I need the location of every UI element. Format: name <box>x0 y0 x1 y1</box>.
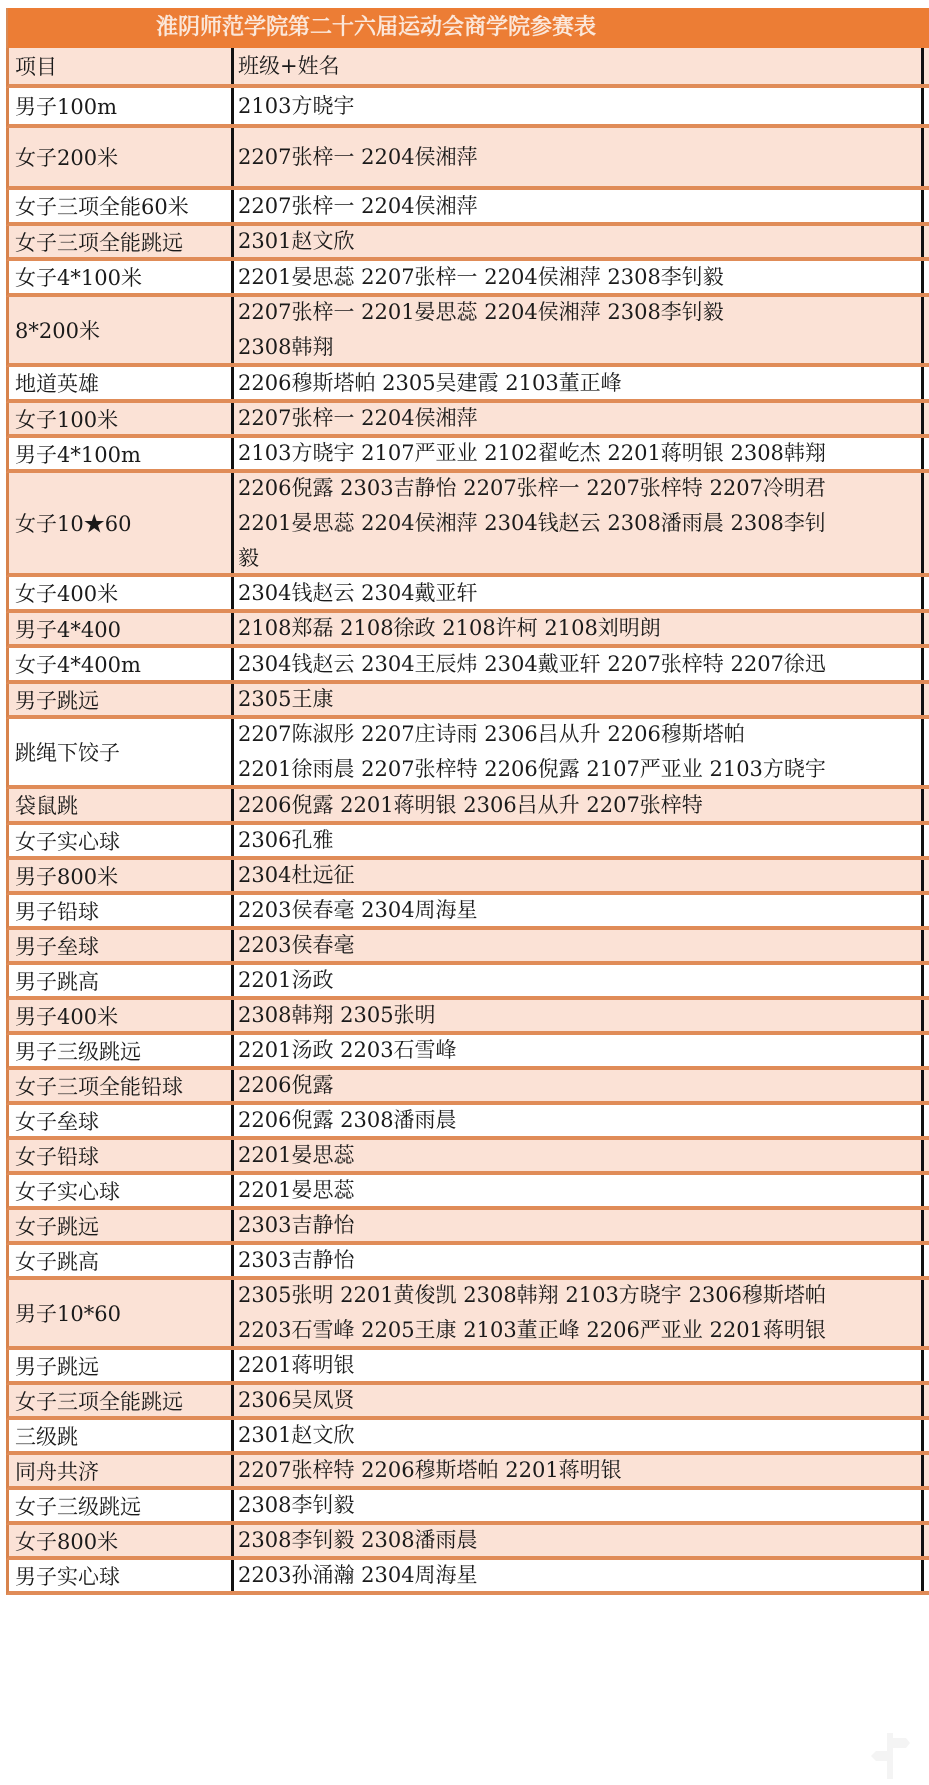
participants-cell: 2303吉静怡 <box>234 1210 924 1241</box>
table-row: 跳绳下饺子2207陈淑彤 2207庄诗雨 2306吕从升 2206穆斯塔帕220… <box>6 719 929 789</box>
participants-line: 2308李钊毅 <box>238 1488 921 1523</box>
participants-line: 2306吴凤贤 <box>238 1383 921 1418</box>
table-row: 袋鼠跳2206倪露 2201蒋明银 2306吕从升 2207张梓特 <box>6 789 929 825</box>
participants-cell: 2201晏思蕊 <box>234 1140 924 1171</box>
table-row: 女子4*100米2201晏思蕊 2207张梓一 2204侯湘萍 2308李钊毅 <box>6 261 929 297</box>
event-cell: 男子三级跳远 <box>9 1035 234 1066</box>
participants-cell: 2306吴凤贤 <box>234 1385 924 1416</box>
table-row: 男子100m2103方晓宇 <box>6 88 929 128</box>
participants-line: 2203石雪峰 2205王康 2103董正峰 2206严亚业 2201蒋明银 <box>238 1313 921 1348</box>
participants-line: 2207张梓一 2201晏思蕊 2204侯湘萍 2308李钊毅 <box>238 295 921 330</box>
participants-line: 2306孔雅 <box>238 823 921 858</box>
participants-cell: 2206穆斯塔帕 2305吴建霞 2103董正峰 <box>234 367 924 399</box>
table-row: 女子100米2207张梓一 2204侯湘萍 <box>6 403 929 438</box>
event-cell: 跳绳下饺子 <box>9 719 234 785</box>
event-cell: 女子200米 <box>9 128 234 186</box>
event-cell: 男子4*100m <box>9 438 234 469</box>
participants-line: 2308韩翔 <box>238 330 921 365</box>
table-row: 男子4*4002108郑磊 2108徐政 2108许柯 2108刘明朗 <box>6 613 929 648</box>
header-row: 项目 班级+姓名 <box>6 48 929 88</box>
table-row: 女子实心球2306孔雅 <box>6 825 929 860</box>
participants-line: 2304钱赵云 2304戴亚轩 <box>238 576 921 611</box>
participants-line: 2103方晓宇 <box>238 89 921 124</box>
participants-line: 2206倪露 2303吉静怡 2207张梓一 2207张梓特 2207冷明君 <box>238 471 921 506</box>
event-cell: 三级跳 <box>9 1420 234 1451</box>
participants-line: 2201汤政 2203石雪峰 <box>238 1033 921 1068</box>
table-row: 男子三级跳远2201汤政 2203石雪峰 <box>6 1035 929 1070</box>
participants-line: 2203孙涌瀚 2304周海星 <box>238 1558 921 1593</box>
table-row: 男子跳高2201汤政 <box>6 965 929 1000</box>
event-cell: 地道英雄 <box>9 367 234 399</box>
table-row: 女子垒球2206倪露 2308潘雨晨 <box>6 1105 929 1140</box>
participants-line: 2308韩翔 2305张明 <box>238 998 921 1033</box>
participants-line: 2201徐雨晨 2207张梓特 2206倪露 2107严亚业 2103方晓宇 <box>238 752 921 787</box>
event-cell: 同舟共济 <box>9 1455 234 1486</box>
participants-cell: 2207张梓一 2204侯湘萍 <box>234 190 924 222</box>
participants-line: 2201蒋明银 <box>238 1348 921 1383</box>
participants-cell: 2305张明 2201黄俊凯 2308韩翔 2103方晓宇 2306穆斯塔帕22… <box>234 1280 924 1346</box>
participants-cell: 2305王康 <box>234 684 924 715</box>
table-row: 女子800米2308李钊毅 2308潘雨晨 <box>6 1525 929 1560</box>
participants-cell: 2201晏思蕊 2207张梓一 2204侯湘萍 2308李钊毅 <box>234 261 924 293</box>
table-row: 女子跳高2303吉静怡 <box>6 1245 929 1280</box>
participants-cell: 2308李钊毅 <box>234 1490 924 1521</box>
participants-line: 2203侯春毫 <box>238 928 921 963</box>
participants-cell: 2206倪露 2308潘雨晨 <box>234 1105 924 1136</box>
participants-cell: 2201蒋明银 <box>234 1350 924 1381</box>
participants-line: 2201汤政 <box>238 963 921 998</box>
header-names: 班级+姓名 <box>234 48 924 84</box>
participants-line: 2305张明 2201黄俊凯 2308韩翔 2103方晓宇 2306穆斯塔帕 <box>238 1278 921 1313</box>
event-cell: 女子4*100米 <box>9 261 234 293</box>
participants-cell: 2201汤政 <box>234 965 924 996</box>
participants-line: 2301赵文欣 <box>238 224 921 259</box>
participants-cell: 2304钱赵云 2304戴亚轩 <box>234 577 924 609</box>
participants-cell: 2108郑磊 2108徐政 2108许柯 2108刘明朗 <box>234 613 924 644</box>
event-cell: 男子跳远 <box>9 684 234 715</box>
participants-cell: 2303吉静怡 <box>234 1245 924 1276</box>
participants-cell: 2306孔雅 <box>234 825 924 856</box>
event-cell: 男子跳高 <box>9 965 234 996</box>
participants-cell: 2203孙涌瀚 2304周海星 <box>234 1560 924 1591</box>
table-row: 地道英雄2206穆斯塔帕 2305吴建霞 2103董正峰 <box>6 367 929 403</box>
table-body: 男子100m2103方晓宇女子200米2207张梓一 2204侯湘萍女子三项全能… <box>6 88 929 1595</box>
table-row: 三级跳2301赵文欣 <box>6 1420 929 1455</box>
participants-line: 2201晏思蕊 2204侯湘萍 2304钱赵云 2308潘雨晨 2308李钊 <box>238 506 921 541</box>
participants-line: 2207张梓一 2204侯湘萍 <box>238 140 921 175</box>
event-cell: 男子跳远 <box>9 1350 234 1381</box>
participants-cell: 2201汤政 2203石雪峰 <box>234 1035 924 1066</box>
participants-cell: 2207张梓特 2206穆斯塔帕 2201蒋明银 <box>234 1455 924 1486</box>
event-cell: 袋鼠跳 <box>9 789 234 821</box>
participants-line: 2308李钊毅 2308潘雨晨 <box>238 1523 921 1558</box>
event-cell: 男子垒球 <box>9 930 234 961</box>
event-cell: 男子铅球 <box>9 895 234 926</box>
participants-cell: 2206倪露 2303吉静怡 2207张梓一 2207张梓特 2207冷明君22… <box>234 473 924 573</box>
table-row: 女子铅球2201晏思蕊 <box>6 1140 929 1175</box>
event-cell: 男子800米 <box>9 860 234 891</box>
table-row: 女子200米2207张梓一 2204侯湘萍 <box>6 128 929 190</box>
event-cell: 女子跳远 <box>9 1210 234 1241</box>
participants-cell: 2207陈淑彤 2207庄诗雨 2306吕从升 2206穆斯塔帕2201徐雨晨 … <box>234 719 924 785</box>
event-cell: 女子三项全能铅球 <box>9 1070 234 1101</box>
table-row: 男子垒球2203侯春毫 <box>6 930 929 965</box>
event-cell: 女子三项全能跳远 <box>9 1385 234 1416</box>
event-cell: 女子跳高 <box>9 1245 234 1276</box>
table-row: 女子三项全能铅球2206倪露 <box>6 1070 929 1105</box>
participants-cell: 2308韩翔 2305张明 <box>234 1000 924 1031</box>
event-cell: 男子100m <box>9 88 234 124</box>
table-row: 女子跳远2303吉静怡 <box>6 1210 929 1245</box>
participants-line: 2207张梓特 2206穆斯塔帕 2201蒋明银 <box>238 1453 921 1488</box>
event-cell: 女子三项全能跳远 <box>9 226 234 257</box>
participants-line: 2303吉静怡 <box>238 1208 921 1243</box>
table-row: 男子10*602305张明 2201黄俊凯 2308韩翔 2103方晓宇 230… <box>6 1280 929 1350</box>
participants-line: 2206倪露 2201蒋明银 2306吕从升 2207张梓特 <box>238 788 921 823</box>
participants-line: 2201晏思蕊 <box>238 1138 921 1173</box>
header-event: 项目 <box>9 48 234 84</box>
table-row: 同舟共济2207张梓特 2206穆斯塔帕 2201蒋明银 <box>6 1455 929 1490</box>
participants-cell: 2203侯春毫 2304周海星 <box>234 895 924 926</box>
event-cell: 女子10★60 <box>9 473 234 573</box>
participants-line: 2207陈淑彤 2207庄诗雨 2306吕从升 2206穆斯塔帕 <box>238 717 921 752</box>
table-row: 男子实心球2203孙涌瀚 2304周海星 <box>6 1560 929 1595</box>
participants-line: 2207张梓一 2204侯湘萍 <box>238 401 921 436</box>
table-row: 8*200米2207张梓一 2201晏思蕊 2204侯湘萍 2308李钊毅230… <box>6 297 929 367</box>
participants-line: 2303吉静怡 <box>238 1243 921 1278</box>
participants-cell: 2203侯春毫 <box>234 930 924 961</box>
table-row: 男子800米2304杜远征 <box>6 860 929 895</box>
table-row: 女子三项全能跳远2301赵文欣 <box>6 226 929 261</box>
event-cell: 女子铅球 <box>9 1140 234 1171</box>
participants-cell: 2103方晓宇 <box>234 88 924 124</box>
event-cell: 男子4*400 <box>9 613 234 644</box>
table-row: 男子跳远2201蒋明银 <box>6 1350 929 1385</box>
participants-cell: 2207张梓一 2204侯湘萍 <box>234 403 924 434</box>
event-cell: 女子实心球 <box>9 825 234 856</box>
participants-cell: 2301赵文欣 <box>234 226 924 257</box>
table-row: 男子400米2308韩翔 2305张明 <box>6 1000 929 1035</box>
table-row: 女子三项全能60米2207张梓一 2204侯湘萍 <box>6 190 929 226</box>
entry-table: 淮阴师范学院第二十六届运动会商学院参赛表 项目 班级+姓名 男子100m2103… <box>6 8 929 1595</box>
event-cell: 男子10*60 <box>9 1280 234 1346</box>
event-cell: 女子实心球 <box>9 1175 234 1206</box>
event-cell: 女子400米 <box>9 577 234 609</box>
signpost-icon[interactable] <box>870 1733 910 1779</box>
participants-line: 2301赵文欣 <box>238 1418 921 1453</box>
event-cell: 8*200米 <box>9 297 234 363</box>
table-row: 女子10★602206倪露 2303吉静怡 2207张梓一 2207张梓特 22… <box>6 473 929 577</box>
participants-cell: 2304杜远征 <box>234 860 924 891</box>
participants-cell: 2301赵文欣 <box>234 1420 924 1451</box>
participants-line: 2203侯春毫 2304周海星 <box>238 893 921 928</box>
participants-line: 2103方晓宇 2107严亚业 2102翟屹杰 2201蒋明银 2308韩翔 <box>238 436 921 471</box>
table-row: 男子跳远2305王康 <box>6 684 929 719</box>
participants-cell: 2206倪露 <box>234 1070 924 1101</box>
table-row: 女子400米2304钱赵云 2304戴亚轩 <box>6 577 929 613</box>
participants-line: 2201晏思蕊 2207张梓一 2204侯湘萍 2308李钊毅 <box>238 260 921 295</box>
participants-cell: 2304钱赵云 2304王辰炜 2304戴亚轩 2207张梓特 2207徐迅 <box>234 648 924 680</box>
table-title: 淮阴师范学院第二十六届运动会商学院参赛表 <box>6 8 929 48</box>
participants-line: 2207张梓一 2204侯湘萍 <box>238 189 921 224</box>
event-cell: 男子实心球 <box>9 1560 234 1591</box>
table-row: 女子三级跳远2308李钊毅 <box>6 1490 929 1525</box>
table-row: 女子4*400m2304钱赵云 2304王辰炜 2304戴亚轩 2207张梓特 … <box>6 648 929 684</box>
participants-cell: 2201晏思蕊 <box>234 1175 924 1206</box>
event-cell: 女子三项全能60米 <box>9 190 234 222</box>
participants-line: 2108郑磊 2108徐政 2108许柯 2108刘明朗 <box>238 611 921 646</box>
participants-line: 2305王康 <box>238 682 921 717</box>
table-row: 男子4*100m2103方晓宇 2107严亚业 2102翟屹杰 2201蒋明银 … <box>6 438 929 473</box>
table-row: 女子实心球2201晏思蕊 <box>6 1175 929 1210</box>
participants-line: 2304杜远征 <box>238 858 921 893</box>
participants-cell: 2206倪露 2201蒋明银 2306吕从升 2207张梓特 <box>234 789 924 821</box>
event-cell: 女子三级跳远 <box>9 1490 234 1521</box>
participants-cell: 2207张梓一 2201晏思蕊 2204侯湘萍 2308李钊毅2308韩翔 <box>234 297 924 363</box>
participants-line: 毅 <box>238 541 921 576</box>
participants-cell: 2308李钊毅 2308潘雨晨 <box>234 1525 924 1556</box>
table-row: 女子三项全能跳远2306吴凤贤 <box>6 1385 929 1420</box>
participants-line: 2304钱赵云 2304王辰炜 2304戴亚轩 2207张梓特 2207徐迅 <box>238 647 921 682</box>
event-cell: 女子800米 <box>9 1525 234 1556</box>
event-cell: 女子垒球 <box>9 1105 234 1136</box>
participants-line: 2206倪露 2308潘雨晨 <box>238 1103 921 1138</box>
participants-line: 2206倪露 <box>238 1068 921 1103</box>
table-row: 男子铅球2203侯春毫 2304周海星 <box>6 895 929 930</box>
participants-line: 2201晏思蕊 <box>238 1173 921 1208</box>
event-cell: 男子400米 <box>9 1000 234 1031</box>
event-cell: 女子4*400m <box>9 648 234 680</box>
participants-line: 2206穆斯塔帕 2305吴建霞 2103董正峰 <box>238 366 921 401</box>
participants-cell: 2207张梓一 2204侯湘萍 <box>234 128 924 186</box>
event-cell: 女子100米 <box>9 403 234 434</box>
participants-cell: 2103方晓宇 2107严亚业 2102翟屹杰 2201蒋明银 2308韩翔 <box>234 438 924 469</box>
